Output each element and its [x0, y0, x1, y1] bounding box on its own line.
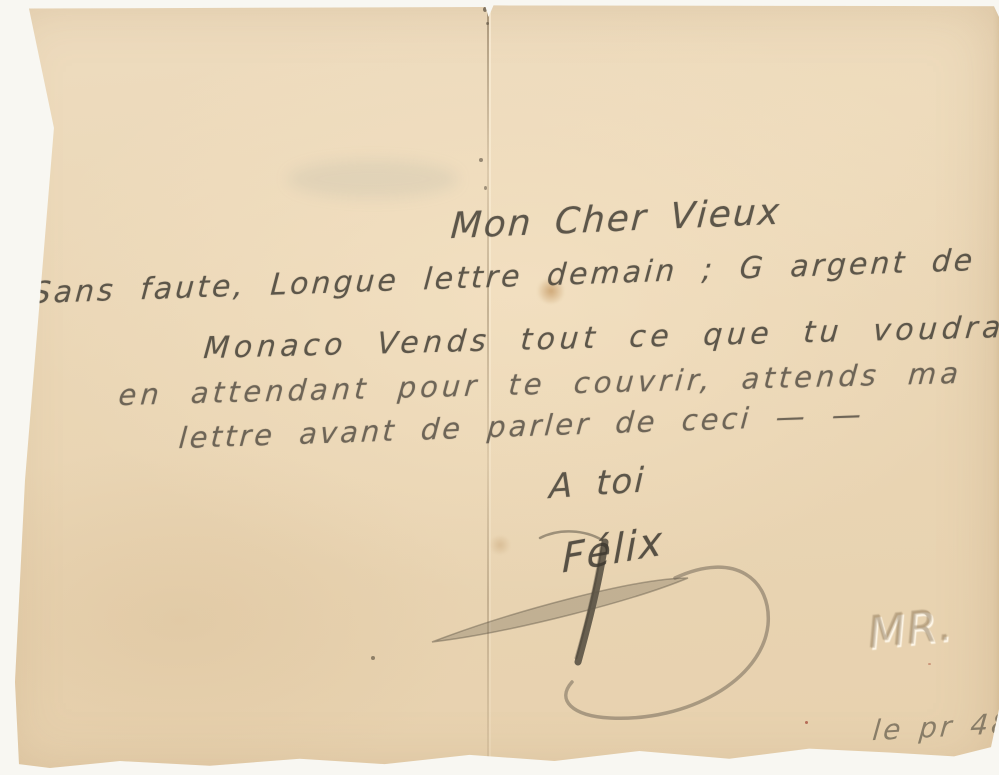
letter-scan: Mon Cher Vieux Sans faute, Longue lettre… [0, 0, 999, 775]
inventory-number: le pr 48 [871, 707, 999, 748]
signature-flourish [420, 520, 800, 735]
paper-speck [479, 158, 483, 162]
paper-speck [928, 663, 931, 665]
salutation-line: Mon Cher Vieux [449, 192, 782, 248]
closing-line: A toi [549, 460, 647, 507]
blind-stamp-mr: MR. [866, 600, 956, 660]
paper-speck [371, 656, 375, 660]
letter-line-1: Sans faute, Longue lettre demain ; G arg… [31, 243, 977, 311]
paper-speck [805, 721, 808, 724]
paper-sheet: Mon Cher Vieux Sans faute, Longue lettre… [0, 0, 999, 775]
ink-showthrough-smudge [288, 160, 458, 198]
paper-speck [484, 186, 487, 190]
paper-speck [483, 7, 487, 12]
paper-speck [486, 22, 489, 25]
